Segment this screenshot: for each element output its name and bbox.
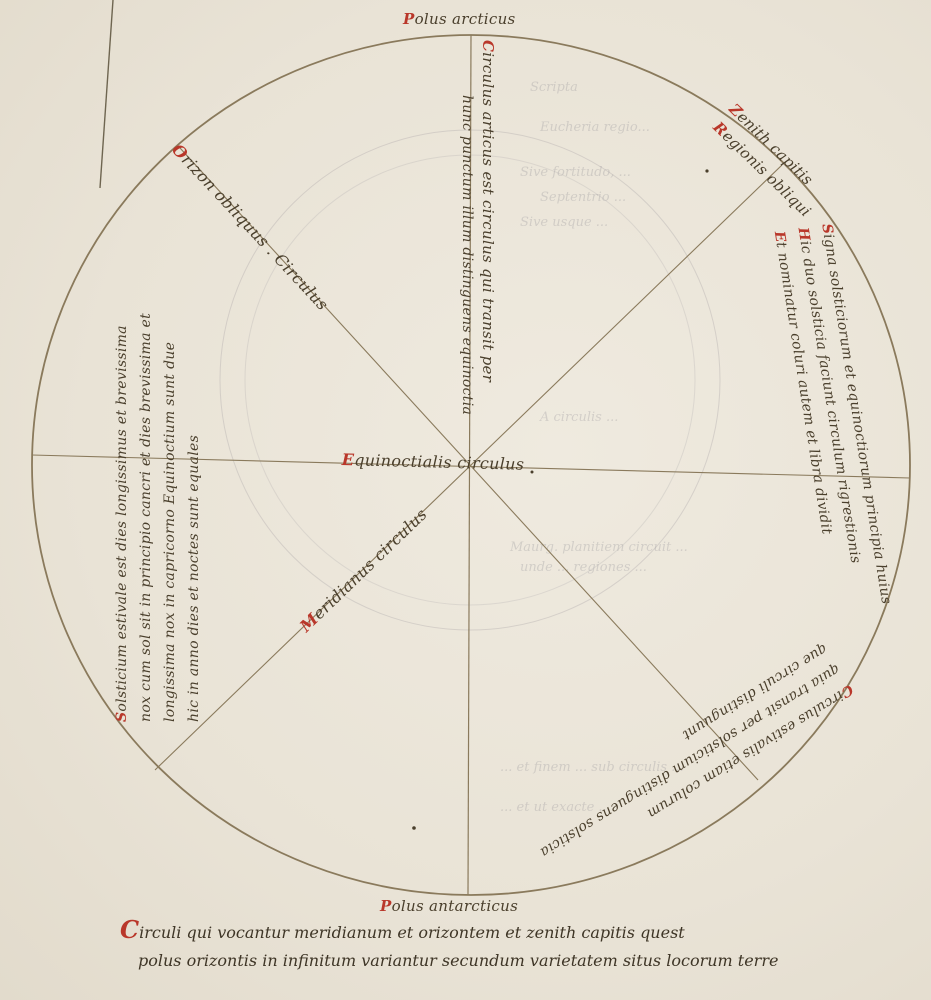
- footer-line-2: polus orizontis in infinitum variantur s…: [120, 947, 920, 975]
- rubric-initial: C: [120, 915, 139, 944]
- label-left-solsticium: Solsticium estivale est dies longissimus…: [110, 313, 206, 722]
- manuscript-page: Scripta Eucheria regio... Sive fortitudo…: [0, 0, 931, 1000]
- label-polus-arcticus: Polus arcticus: [403, 10, 516, 28]
- footer-paragraph: Circuli qui vocantur meridianum et orizo…: [120, 916, 920, 975]
- margin-stroke: [100, 0, 113, 188]
- label-vertical-circulus: Circulus articus est circulus qui transi…: [479, 40, 497, 382]
- footer-line-1: Circuli qui vocantur meridianum et orizo…: [120, 916, 920, 947]
- label-polus-antarcticus: Polus antarcticus: [380, 897, 518, 915]
- label-vertical-distinguens: hunc punctum illum distinguens equinocti…: [459, 95, 475, 415]
